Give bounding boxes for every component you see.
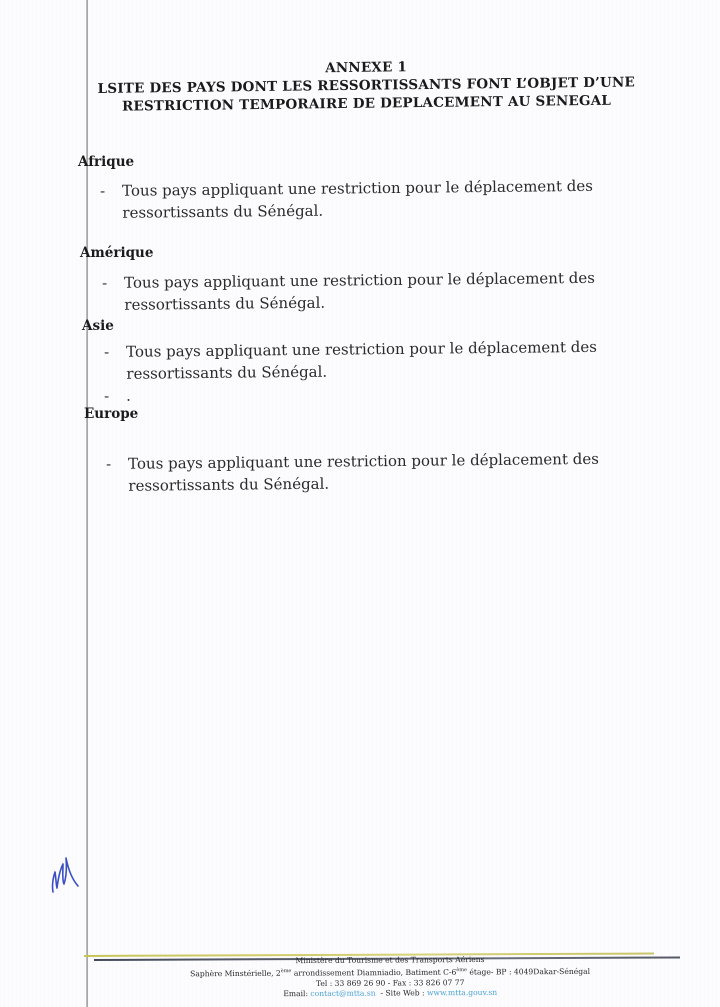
footer-web-label: - Site Web : [376,988,427,997]
footer-address-part: Saphère Minstérielle, 2 [190,969,281,979]
list-item: - Tous pays appliquant une restriction p… [104,336,597,385]
footer-contact: Email: contact@mtta.sn - Site Web : www.… [150,987,630,1000]
list-item: - Tous pays appliquant une restriction p… [106,448,599,497]
document-title: ANNEXE 1 LSITE DES PAYS DONT LES RESSORT… [96,55,637,116]
bullet-dash: - [102,272,122,294]
footer-website-link[interactable]: www.mtta.gouv.sn [427,987,497,996]
section-heading-amerique: Amérique [80,245,153,261]
list-item: - . [104,385,131,407]
bullet-dash: - [104,341,124,363]
list-item-line-2: ressortissants du Sénégal. [128,470,599,497]
list-item-line-2: ressortissants du Sénégal. [122,197,593,224]
footer-address-sup: ème [281,968,292,974]
footer-email-link[interactable]: contact@mtta.sn [310,988,375,997]
bullet-dash: - [104,385,124,407]
bullet-dash: - [100,180,120,202]
document-page: ANNEXE 1 LSITE DES PAYS DONT LES RESSORT… [0,0,720,1007]
list-item: - Tous pays appliquant une restriction p… [102,267,595,316]
footer-address-sup: ème [456,967,467,973]
list-item-line-1: . [126,385,131,407]
signature-initials-icon [44,850,84,900]
list-item-line-2: ressortissants du Sénégal. [124,289,595,316]
list-item-line-2: ressortissants du Sénégal. [126,358,597,385]
section-heading-europe: Europe [84,406,138,422]
section-heading-afrique: Afrique [78,154,134,170]
bullet-dash: - [106,453,126,475]
list-item: - Tous pays appliquant une restriction p… [100,175,593,224]
binding-margin-line [86,0,88,1007]
section-heading-asie: Asie [82,318,114,334]
footer-email-label: Email: [283,989,310,998]
footer-address-part: arrondissement Diamniadio, Batiment C-6 [291,968,456,978]
letterhead-footer: Ministère du Tourisme et des Transports … [150,954,630,999]
footer-address-part: étage- BP : 4049Dakar-Sénégal [467,967,590,977]
